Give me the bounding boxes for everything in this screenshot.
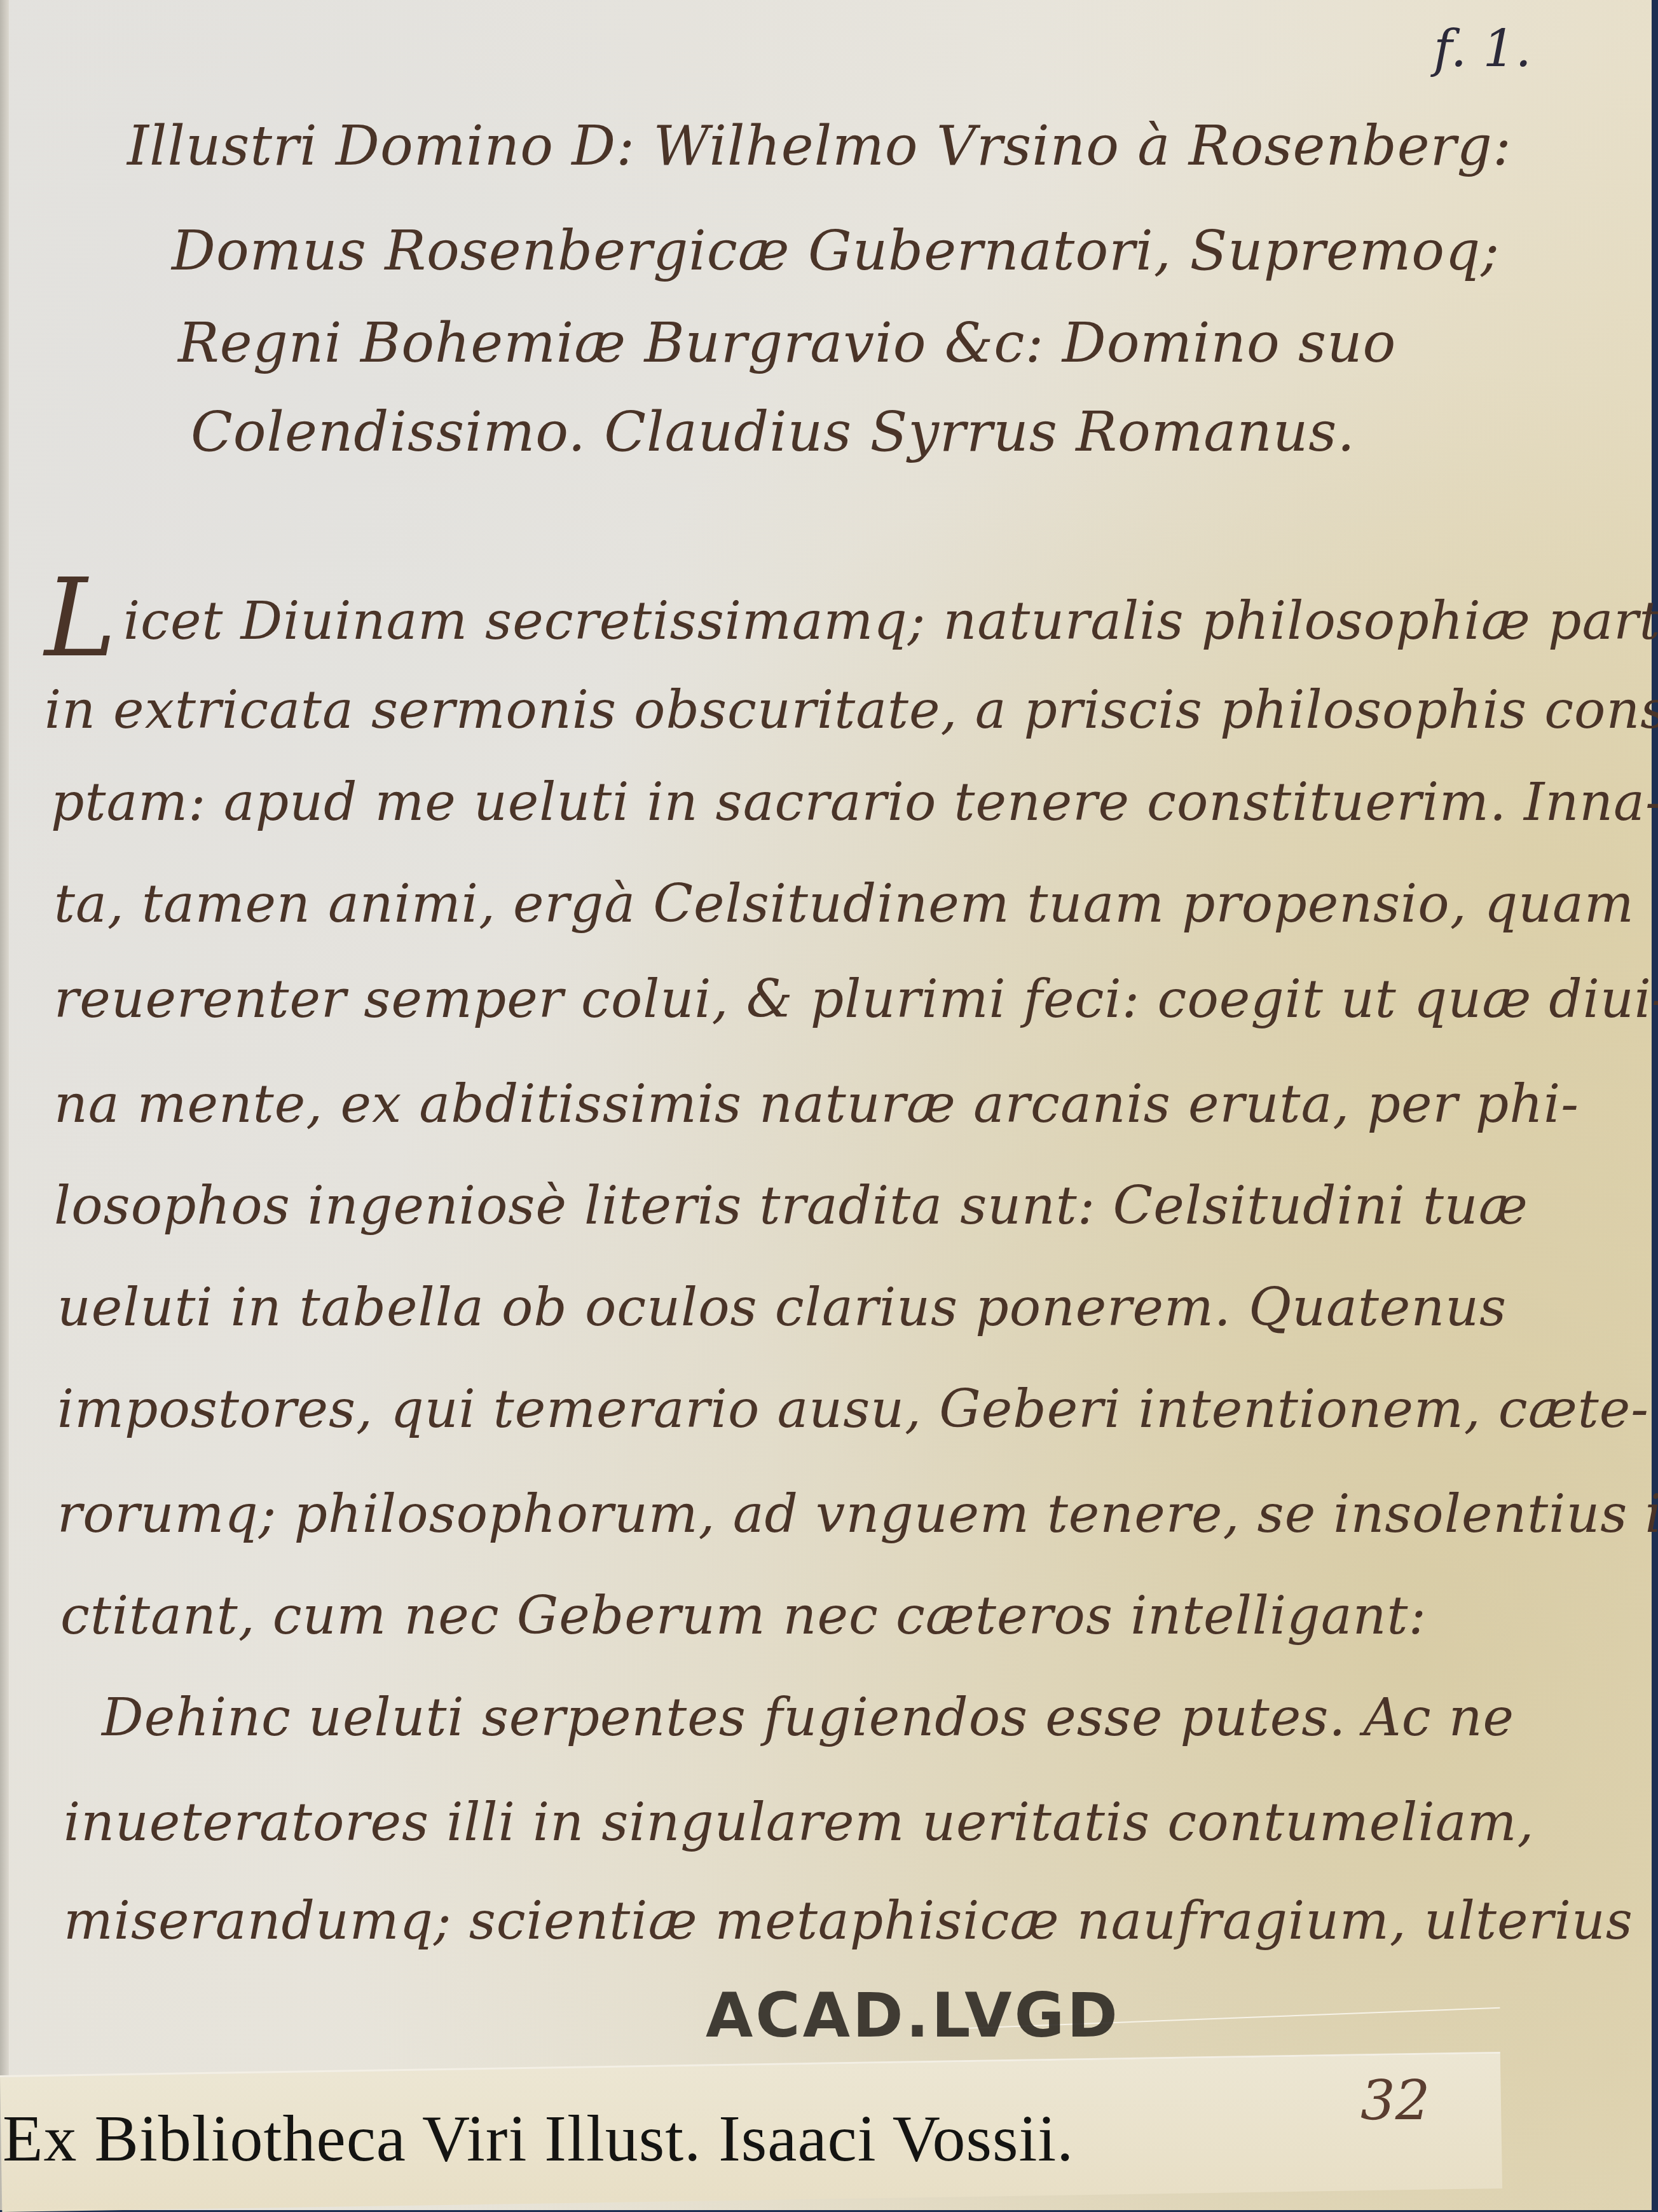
page-left-edge [0,0,9,2210]
body-line: losophos ingeniosè literis tradita sunt:… [54,1176,1528,1236]
body-line: inueteratores illi in singularem ueritat… [64,1792,1535,1853]
dedication-line: Illustri Domino D: Wilhelmo Vrsino à Ros… [127,114,1512,178]
body-line-text: icet Diuinam secretissimamq; naturalis p… [123,591,1658,652]
dedication-line: Regni Bohemiæ Burgravio &c: Domino suo [178,311,1396,375]
body-line: ctitant, cum nec Geberum nec cæteros int… [60,1586,1427,1646]
body-line: ueluti in tabella ob oculos clarius pone… [57,1278,1507,1338]
manuscript-page: f. 1. Illustri Domino D: Wilhelmo Vrsino… [0,0,1658,2210]
body-line: miserandumq; scientiæ metaphisicæ naufra… [64,1891,1633,1951]
body-line: ta, tamen animi, ergà Celsitudinem tuam … [54,874,1634,934]
dedication-line: Domus Rosenbergicæ Gubernatori, Supremoq… [172,219,1500,283]
shelfmark-number: 32 [1360,2069,1430,2133]
ownership-label-text: Ex Bibliotheca Viri Illust. Isaaci Vossi… [3,2101,1074,2176]
body-line: impostores, qui temerario ausu, Geberi i… [57,1379,1649,1440]
body-line: rorumq; philosophorum, ad vnguem tenere,… [57,1484,1658,1545]
library-stamp: ACAD.LVGD [706,1980,1120,2051]
dedication-line: Colendissimo. Claudius Syrrus Romanus. [191,400,1355,464]
body-line: in extricata sermonis obscuritate, a pri… [45,680,1658,741]
folio-number: f. 1. [1434,19,1531,78]
body-line: ptam: apud me ueluti in sacrario tenere … [51,772,1658,833]
body-line: Dehinc ueluti serpentes fugiendos esse p… [102,1688,1514,1748]
body-line: na mente, ex abditissimis naturæ arcanis… [54,1074,1579,1135]
body-line: reuerenter semper colui, & plurimi feci:… [54,969,1658,1030]
binding-edge [1652,0,1658,2210]
body-line: Licet Diuinam secretissimamq; naturalis … [45,575,1658,662]
decorated-initial: L [45,575,117,662]
